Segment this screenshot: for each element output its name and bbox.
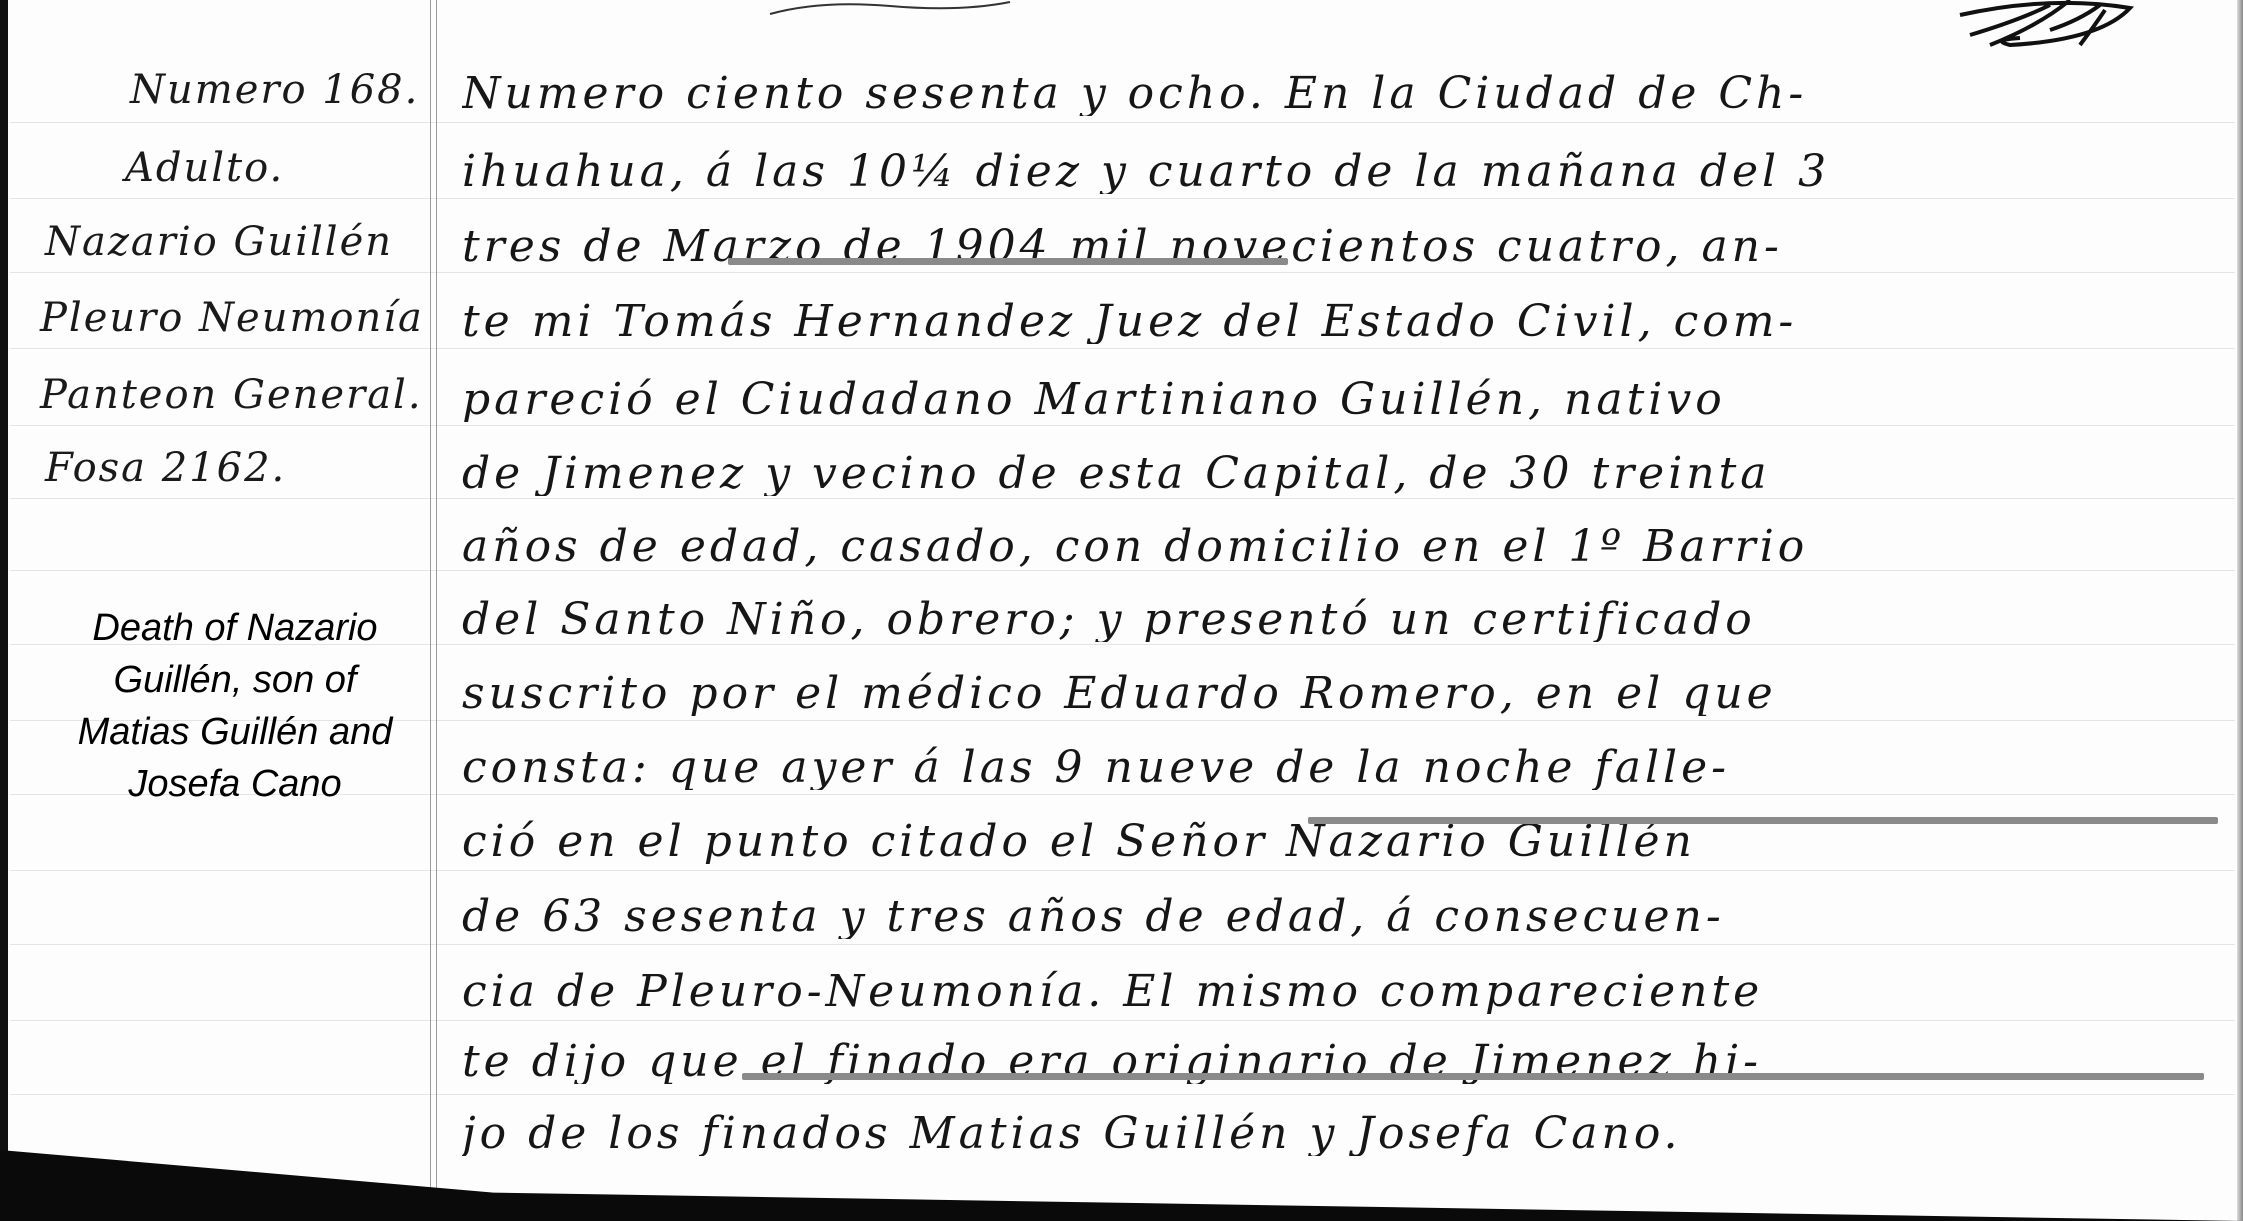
signature-flourish-icon bbox=[1930, 0, 2170, 50]
record-line: años de edad, casado, con domicilio en e… bbox=[462, 525, 2232, 569]
record-line: de Jimenez y vecino de esta Capital, de … bbox=[462, 452, 2232, 496]
caption-line: Josefa Cano bbox=[30, 758, 440, 810]
ruled-line bbox=[10, 1094, 2235, 1095]
ruled-line bbox=[10, 348, 2235, 349]
record-line: ihuahua, á las 10¼ diez y cuarto de la m… bbox=[462, 150, 2232, 194]
record-line: ció en el punto citado el Señor Nazario … bbox=[462, 820, 2232, 864]
ruled-line bbox=[10, 122, 2235, 123]
record-line: consta: que ayer á las 9 nueve de la noc… bbox=[462, 746, 2232, 790]
ruled-line bbox=[10, 272, 2235, 273]
ruled-line bbox=[10, 198, 2235, 199]
ruled-line bbox=[10, 498, 2235, 499]
record-line: pareció el Ciudadano Martiniano Guillén,… bbox=[462, 378, 2232, 422]
ruled-line bbox=[10, 870, 2235, 871]
ruled-line bbox=[10, 570, 2235, 571]
record-line: Numero ciento sesenta y ocho. En la Ciud… bbox=[462, 72, 2232, 116]
margin-deceased-name: Nazario Guillén bbox=[45, 222, 445, 262]
document-page: Numero 168. Adulto. Nazario Guillén Pleu… bbox=[0, 0, 2243, 1221]
caption-line: Death of Nazario bbox=[30, 602, 440, 654]
highlight-parents-underline bbox=[742, 1073, 2204, 1080]
record-line: de 63 sesenta y tres años de edad, á con… bbox=[462, 895, 2232, 939]
ruled-line bbox=[10, 944, 2235, 945]
binding-shadow-bottom bbox=[0, 1150, 2243, 1221]
record-line: suscrito por el médico Eduardo Romero, e… bbox=[462, 672, 2232, 716]
highlight-date-underline bbox=[728, 258, 1288, 265]
record-line: te mi Tomás Hernandez Juez del Estado Ci… bbox=[462, 300, 2232, 344]
record-line: cia de Pleuro-Neumonía. El mismo compare… bbox=[462, 970, 2232, 1014]
record-line: del Santo Niño, obrero; y presentó un ce… bbox=[462, 598, 2232, 642]
annotation-caption: Death of Nazario Guillén, son of Matias … bbox=[30, 602, 440, 810]
margin-cemetery: Panteon General. bbox=[40, 375, 440, 415]
top-flourish-icon bbox=[760, 0, 1020, 20]
page-edge-right bbox=[2237, 0, 2243, 1221]
binding-shadow-left bbox=[0, 0, 8, 1190]
margin-grave-number: Fosa 2162. bbox=[45, 448, 445, 488]
ruled-line bbox=[10, 425, 2235, 426]
caption-line: Guillén, son of bbox=[30, 654, 440, 706]
caption-line: Matias Guillén and bbox=[30, 706, 440, 758]
margin-cause-of-death: Pleuro Neumonía bbox=[40, 298, 440, 338]
record-line: jo de los finados Matias Guillén y Josef… bbox=[462, 1112, 2232, 1156]
highlight-deceased-underline bbox=[1308, 817, 2218, 824]
ruled-line bbox=[10, 1020, 2235, 1021]
